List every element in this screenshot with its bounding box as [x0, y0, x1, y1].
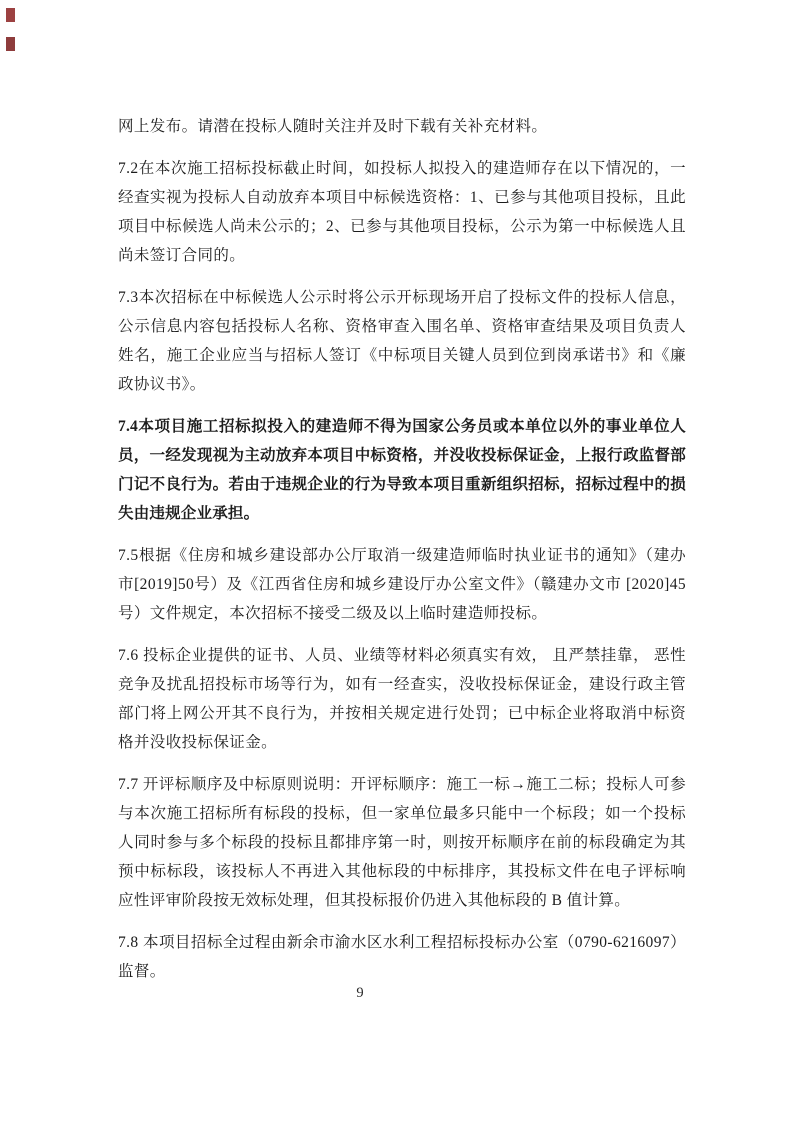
document-body: 网上发布。请潜在投标人随时关注并及时下载有关补充材料。 7.2在本次施工招标投标… [118, 112, 686, 995]
paragraph-7-8: 7.8 本项目招标全过程由新余市渝水区水利工程招标投标办公室（0790-6216… [118, 928, 686, 986]
scan-artifact-mark [6, 8, 15, 22]
paragraph-7-4: 7.4本项目施工招标拟投入的建造师不得为国家公务员或本单位以外的事业单位人员，一… [118, 412, 686, 528]
paragraph-7-6: 7.6 投标企业提供的证书、人员、业绩等材料必须真实有效， 且严禁挂靠， 恶性竞… [118, 641, 686, 757]
paragraph-7-7: 7.7 开评标顺序及中标原则说明：开评标顺序：施工一标→施工二标；投标人可参与本… [118, 770, 686, 915]
paragraph-7-5: 7.5根据《住房和城乡建设部办公厅取消一级建造师临时执业证书的通知》（建办市[2… [118, 541, 686, 628]
paragraph-7-3: 7.3本次招标在中标候选人公示时将公示开标现场开启了投标文件的投标人信息，公示信… [118, 283, 686, 399]
paragraph-continuation: 网上发布。请潜在投标人随时关注并及时下载有关补充材料。 [118, 112, 686, 141]
page-number: 9 [330, 985, 390, 1002]
paragraph-7-2: 7.2在本次施工招标投标截止时间，如投标人拟投入的建造师存在以下情况的，一经查实… [118, 154, 686, 270]
document-page: 网上发布。请潜在投标人随时关注并及时下载有关补充材料。 7.2在本次施工招标投标… [0, 0, 793, 1122]
scan-artifact-mark [6, 37, 15, 51]
